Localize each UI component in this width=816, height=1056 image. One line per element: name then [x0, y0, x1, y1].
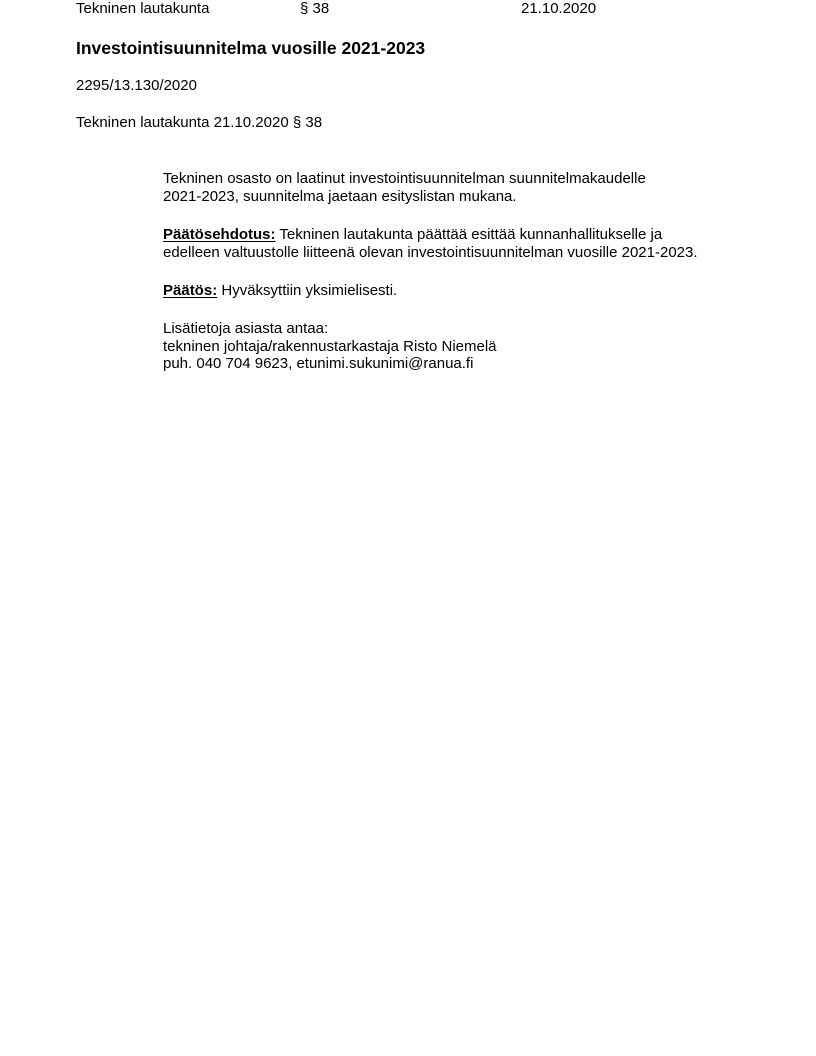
document-title: Investointisuunnitelma vuosille 2021-202… — [76, 37, 425, 59]
meeting-reference: Tekninen lautakunta 21.10.2020 § 38 — [76, 114, 322, 132]
decision-paragraph: Päätös: Hyväksyttiin yksimielisesti. — [163, 282, 763, 300]
proposal-label: Päätösehdotus: — [163, 226, 276, 243]
intro-line: Tekninen osasto on laatinut investointis… — [163, 170, 763, 188]
intro-line: 2021-2023, suunnitelma jaetaan esityslis… — [163, 188, 763, 206]
contact-heading: Lisätietoja asiasta antaa: — [163, 320, 763, 338]
diary-number: 2295/13.130/2020 — [76, 77, 197, 95]
header-section-number: § 38 — [300, 0, 329, 18]
proposal-paragraph: Päätösehdotus: Tekninen lautakunta päätt… — [163, 226, 763, 261]
header-body-name: Tekninen lautakunta — [76, 0, 209, 18]
intro-paragraph: Tekninen osasto on laatinut investointis… — [163, 170, 763, 205]
contact-info: Lisätietoja asiasta antaa: tekninen joht… — [163, 320, 763, 373]
header-date: 21.10.2020 — [521, 0, 596, 18]
proposal-text: Tekninen lautakunta päättää esittää kunn… — [276, 226, 663, 243]
decision-text: Hyväksyttiin yksimielisesti. — [217, 282, 397, 299]
contact-person: tekninen johtaja/rakennustarkastaja Rist… — [163, 338, 763, 356]
contact-phone-email: puh. 040 704 9623, etunimi.sukunimi@ranu… — [163, 355, 763, 373]
decision-label: Päätös: — [163, 282, 217, 299]
proposal-text-continued: edelleen valtuustolle liitteenä olevan i… — [163, 244, 763, 262]
